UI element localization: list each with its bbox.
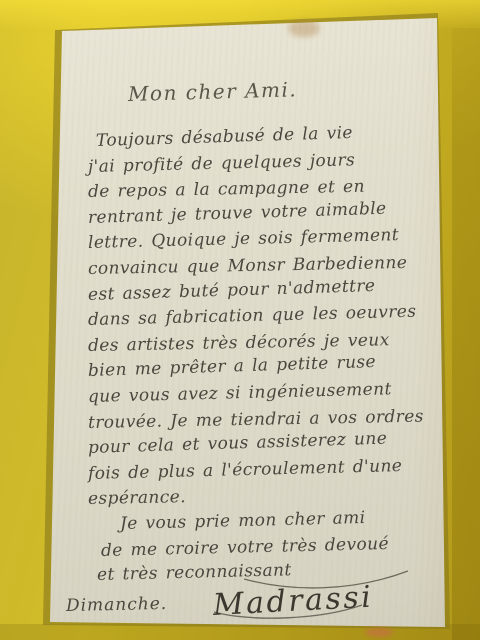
signature: Madrassi [212,580,374,623]
letter-line: bien me prêter a la petite ruse [88,352,377,381]
photo-background: Mon cher Ami. Toujours désabusé de la vi… [0,0,480,640]
letter-line: convaincu que Monsr Barbedienne [88,253,408,279]
letter-line: espérance. [88,488,186,510]
letter-line: dans sa fabrication que les oeuvres [88,302,417,330]
letter-line: de repos a la campagne et en [88,177,365,202]
letter-closing-line: Je vous prie mon cher ami [120,508,366,534]
letter-closing-line: et très reconnaissant [97,560,292,585]
letter-salutation: Mon cher Ami. [128,77,298,106]
letter-line: j'ai profité de quelques jours [88,150,356,177]
letter-line: est assez buté pour n'admettre [88,276,376,305]
letter-line: rentrant je trouve votre aimable [88,198,387,227]
letter-line: que vous avez si ingénieusement [88,379,392,407]
letter-line: pour cela et vous assisterez une [88,429,388,458]
letter-line: Toujours désabusé de la vie [96,123,353,151]
letter-closing-line: de me croire votre très devoué [101,534,389,561]
letter-line: lettre. Quoique je sois fermement [88,226,400,254]
letter-text: Mon cher Ami. Toujours désabusé de la vi… [0,0,480,640]
letter-line: fois de plus a l'écroulement d'une [88,456,403,484]
letter-date: Dimanche. [66,594,168,616]
